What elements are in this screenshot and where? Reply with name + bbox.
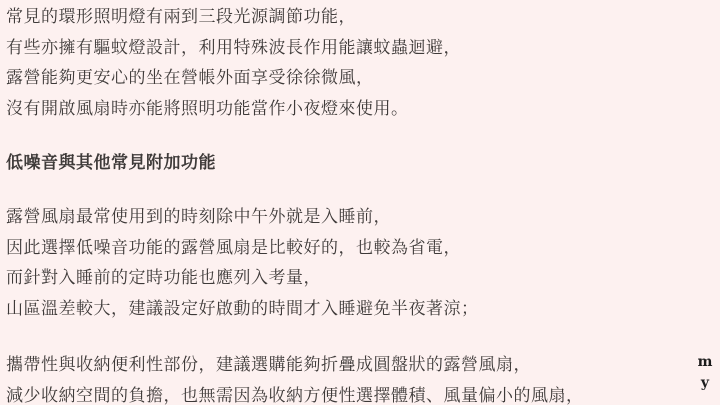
section-heading-low-noise: 低噪音與其他常見附加功能 <box>6 148 690 178</box>
watermark-letter: y <box>696 373 714 394</box>
paragraph-line: 有些亦擁有驅蚊燈設計，利用特殊波長作用能讓蚊蟲迴避， <box>6 33 690 64</box>
paragraph-line: 沒有開啟風扇時亦能將照明功能當作小夜燈來使用。 <box>6 94 690 125</box>
watermark-letter: m <box>696 352 714 373</box>
paragraph-line: 露營能夠更安心的坐在營帳外面享受徐徐微風， <box>6 63 690 94</box>
paragraph-line: 減少收納空間的負擔，也無需因為收納方便性選擇體積、風量偏小的風扇， <box>6 381 690 405</box>
paragraph-lighting-features: 常見的環形照明燈有兩到三段光源調節功能， 有些亦擁有驅蚊燈設計，利用特殊波長作用… <box>6 2 690 124</box>
paragraph-line: 山區溫差較大，建議設定好啟動的時間才入睡避免半夜著涼； <box>6 294 690 325</box>
paragraph-line: 攜帶性與收納便利性部份，建議選購能夠折疊成圓盤狀的露營風扇， <box>6 350 690 381</box>
paragraph-line: 露營風扇最常使用到的時刻除中午外就是入睡前， <box>6 202 690 233</box>
vertical-watermark: m y <box>696 352 714 394</box>
paragraph-line: 而針對入睡前的定時功能也應列入考量， <box>6 263 690 294</box>
paragraph-line: 常見的環形照明燈有兩到三段光源調節功能， <box>6 2 690 33</box>
paragraph-low-noise-timer: 露營風扇最常使用到的時刻除中午外就是入睡前， 因此選擇低噪音功能的露營風扇是比較… <box>6 202 690 324</box>
paragraph-line: 因此選擇低噪音功能的露營風扇是比較好的，也較為省電， <box>6 233 690 264</box>
paragraph-portability: 攜帶性與收納便利性部份，建議選購能夠折疊成圓盤狀的露營風扇， 減少收納空間的負擔… <box>6 350 690 405</box>
article-body: 常見的環形照明燈有兩到三段光源調節功能， 有些亦擁有驅蚊燈設計，利用特殊波長作用… <box>6 2 690 405</box>
